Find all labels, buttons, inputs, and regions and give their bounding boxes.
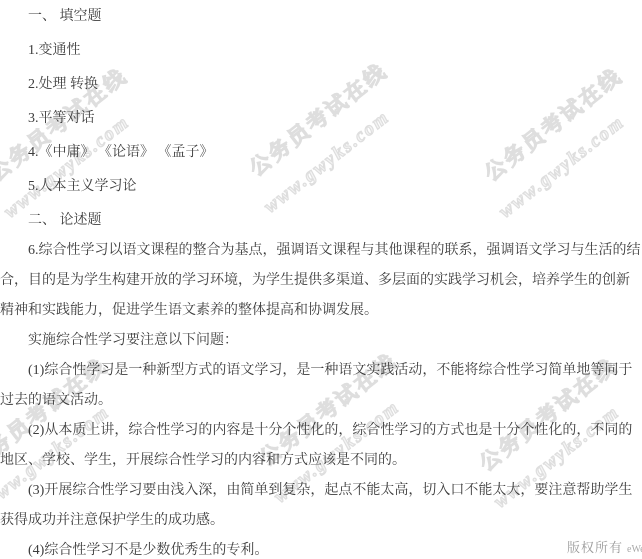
section-heading-fill-in: 一、 填空题	[0, 9, 642, 25]
essay-note-intro: 实施综合性学习要注意以下问题：	[0, 326, 642, 356]
essay-point-2: (2)从本质上讲，综合性学习的内容是十分个性化的，综合性学习的方式也是十分个性化…	[0, 416, 642, 476]
essay-point-3: (3)开展综合性学习要由浅入深，由简单到复杂，起点不能太高，切入口不能太大，要注…	[0, 476, 642, 536]
section-heading-essay: 二、 论述题	[0, 213, 642, 229]
answer-item-5: 5.人本主义学习论	[0, 179, 642, 195]
essay-point-1: (1)综合性学习是一种新型方式的语文学习，是一种语文实践活动，不能将综合性学习简…	[0, 356, 642, 416]
answer-item-4: 4.《中庸》 《论语》 《孟子》	[0, 145, 642, 161]
essay-answer-paragraph: 6.综合性学习以语文课程的整合为基点，强调语文课程与其他课程的联系，强调语文学习…	[0, 236, 642, 326]
answer-sheet-document: 一、 填空题 1.变通性 2.处理 转换 3.平等对话 4.《中庸》 《论语》 …	[0, 0, 642, 559]
essay-point-4: (4)综合性学习不是少数优秀生的专利。	[0, 536, 642, 559]
copyright-notice: 版权所有eWe	[567, 537, 642, 556]
answer-item-2: 2.处理 转换	[0, 77, 642, 93]
answer-item-3: 3.平等对话	[0, 111, 642, 127]
copyright-logo-fragment: eWe	[627, 544, 642, 555]
copyright-text: 版权所有	[567, 540, 623, 555]
answer-item-1: 1.变通性	[0, 43, 642, 59]
